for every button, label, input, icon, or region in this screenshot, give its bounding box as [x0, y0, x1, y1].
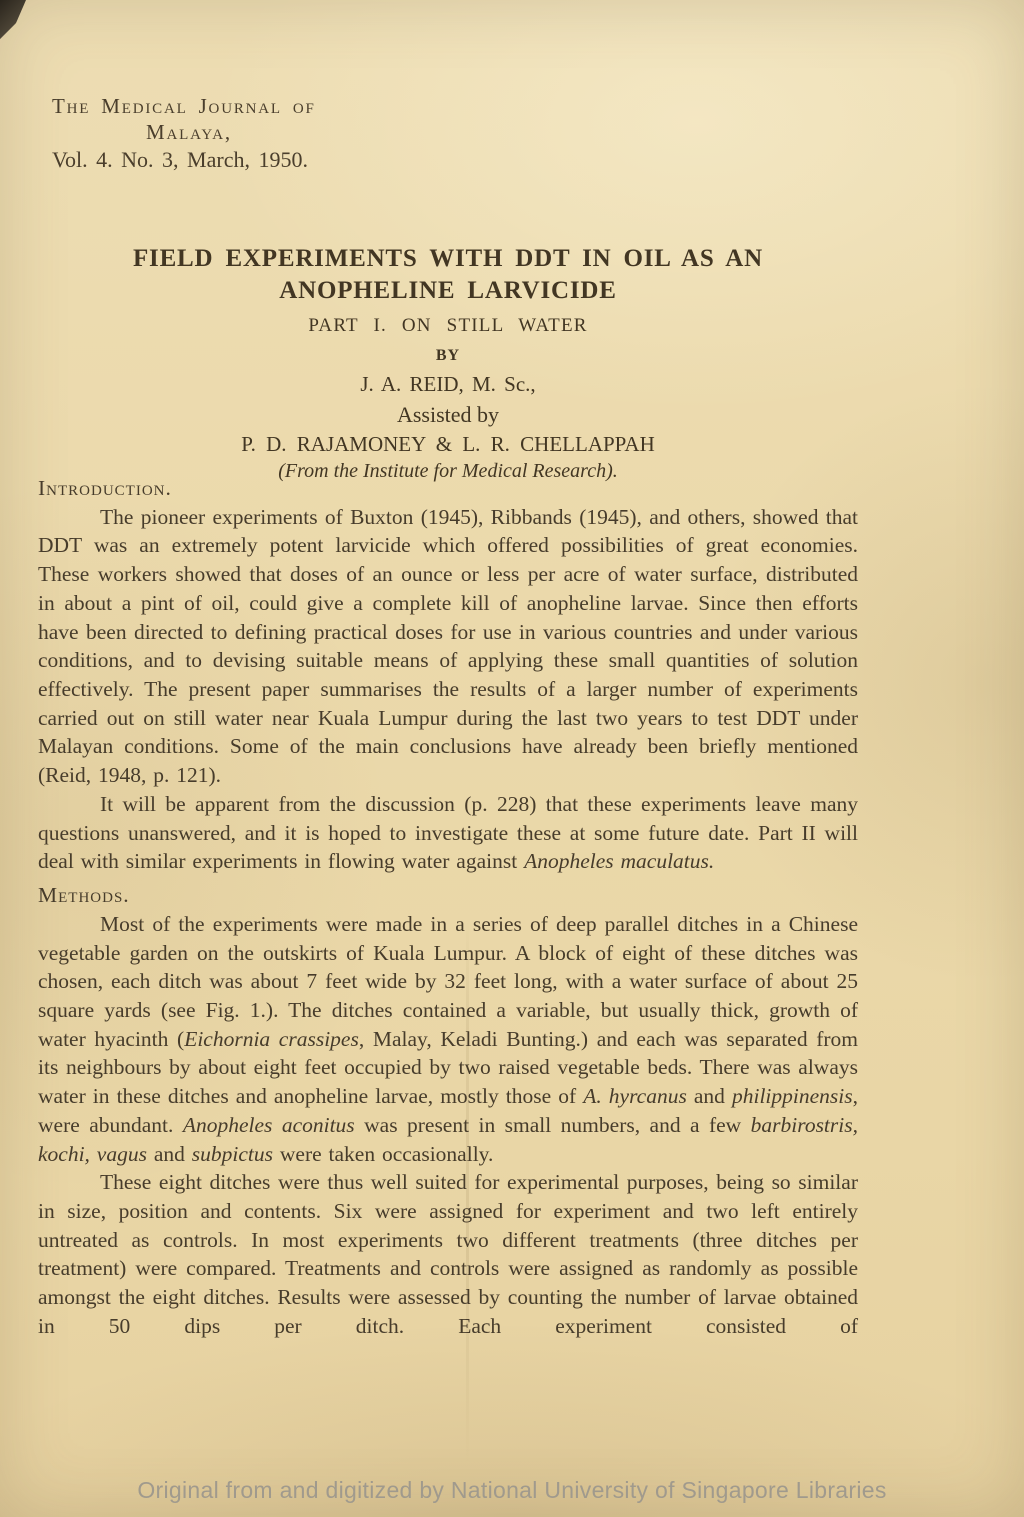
assistant-names: P. D. RAJAMONEY & L. R. CHELLAPPAH [38, 432, 858, 457]
journal-masthead: The Medical Journal of Malaya, Vol. 4. N… [52, 94, 316, 173]
section-heading-introduction: Introduction. [38, 474, 858, 503]
introduction-paragraph-1: The pioneer experiments of Buxton (1945)… [38, 503, 858, 790]
section-heading-methods: Methods. [38, 881, 858, 910]
scanned-journal-page: The Medical Journal of Malaya, Vol. 4. N… [0, 0, 1024, 1517]
introduction-paragraph-2: It will be apparent from the discussion … [38, 790, 858, 876]
article-body: Introduction. The pioneer experiments of… [38, 474, 858, 1341]
assisted-by-label: Assisted by [38, 402, 858, 428]
article-title-line1: FIELD EXPERIMENTS WITH DDT IN OIL AS AN [133, 245, 763, 272]
byline-by: BY [38, 347, 858, 365]
journal-volume-issue-date: Vol. 4. No. 3, March, 1950. [52, 147, 316, 173]
journal-name-line2: Malaya, [146, 120, 316, 145]
author-name: J. A. REID, M. Sc., [38, 372, 858, 397]
article-part-subtitle: PART I. ON STILL WATER [38, 315, 858, 337]
article-title-block: FIELD EXPERIMENTS WITH DDT IN OIL AS AN … [38, 243, 858, 483]
journal-name-line1: The Medical Journal of [52, 94, 316, 119]
page-corner-tear-mark [0, 0, 26, 60]
digitization-credit: Original from and digitized by National … [0, 1477, 1024, 1504]
methods-paragraph-1: Most of the experiments were made in a s… [38, 910, 858, 1168]
article-title: FIELD EXPERIMENTS WITH DDT IN OIL AS AN … [38, 243, 858, 307]
article-title-line2: ANOPHELINE LARVICIDE [279, 277, 617, 304]
methods-paragraph-2: These eight ditches were thus well suite… [38, 1168, 858, 1340]
